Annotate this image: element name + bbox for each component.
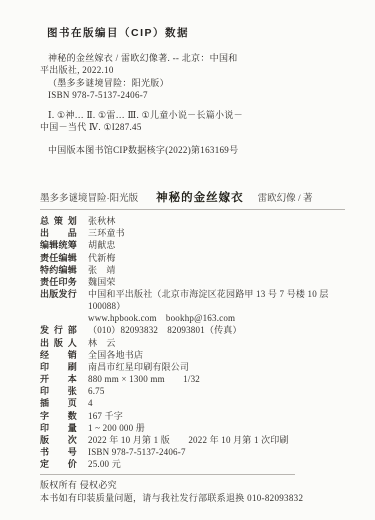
field-value: 张 靖	[88, 264, 355, 276]
colophon-row: 总策划 张秋林	[40, 215, 355, 227]
field-value-text: 880 mm × 1300 mm 1/32	[88, 374, 200, 384]
field-value: ISBN 978-7-5137-2406-7	[88, 446, 355, 458]
book-author: 雷欧幻像 / 著	[258, 190, 313, 204]
field-label: 总策划	[40, 215, 77, 227]
colophon-row: 印刷 南昌市红星印刷有限公司	[40, 361, 355, 373]
header-divider	[40, 209, 345, 210]
field-label: 责任编辑	[40, 252, 77, 264]
field-value: 25.00 元	[88, 458, 355, 470]
colophon-row: 编辑统筹 胡献忠	[40, 239, 355, 251]
field-value: 1 ~ 200 000 册	[88, 422, 355, 434]
field-label: 印刷	[40, 361, 77, 373]
colophon-row: 出版人 林 云	[40, 337, 355, 349]
colophon-row: 定价 25.00 元	[40, 458, 355, 470]
field-label: 书号	[40, 446, 77, 458]
colophon-row: 印量 1 ~ 200 000 册	[40, 422, 355, 434]
colophon-row: 责任印务 魏国荣	[40, 276, 355, 288]
cip-line: 平出版社, 2022.10	[40, 64, 305, 76]
colophon-row: 印张 6.75	[40, 385, 355, 397]
field-label: 插页	[40, 397, 77, 409]
field-value: 中国和平出版社（北京市海淀区花园路甲 13 号 7 号楼 10 层 100088…	[88, 288, 355, 324]
field-value: 全国各地书店	[88, 349, 355, 361]
field-value-line2: www.hpbook.com bookhp@163.com	[88, 312, 355, 324]
copyright-notice: 版权所有 侵权必究	[40, 479, 335, 492]
field-label: 发行部	[40, 324, 77, 336]
field-label: 特约编辑	[40, 264, 77, 276]
field-value-text: 三环童书	[88, 228, 125, 238]
cip-block: 神秘的金丝嫁衣 / 雷欧幻像著. -- 北京：中国和 平出版社, 2022.10…	[40, 52, 305, 156]
colophon-row: 特约编辑 张 靖	[40, 264, 355, 276]
cip-line: （墨多多谜境冒险：阳光版）	[40, 77, 305, 89]
field-value-text: 25.00 元	[88, 459, 121, 469]
colophon-row: 字数 167 千字	[40, 410, 355, 422]
field-value-text: 2022 年 10 月第 1 版 2022 年 10 月第 1 次印刷	[88, 435, 289, 445]
field-value: 代新梅	[88, 252, 355, 264]
cip-line: Ⅰ. ①神… Ⅱ. ①雷… Ⅲ. ①儿童小说－长篇小说－	[40, 109, 305, 121]
field-value-text: 南昌市红星印刷有限公司	[88, 362, 189, 372]
field-value-text: ISBN 978-7-5137-2406-7	[88, 447, 186, 457]
colophon-row: 经销 全国各地书店	[40, 349, 355, 361]
footer-divider	[40, 474, 295, 475]
book-title: 神秘的金丝嫁衣	[156, 189, 244, 205]
field-value: （010）82093832 82093801（传真）	[88, 324, 355, 336]
field-value-text: 全国各地书店	[88, 350, 143, 360]
colophon-row: 责任编辑 代新梅	[40, 252, 355, 264]
field-label: 出版人	[40, 337, 77, 349]
field-value-text: 代新梅	[88, 253, 116, 263]
colophon-row: 开本 880 mm × 1300 mm 1/32	[40, 373, 355, 385]
field-value: 2022 年 10 月第 1 版 2022 年 10 月第 1 次印刷	[88, 434, 355, 446]
field-label: 版次	[40, 434, 77, 446]
field-label: 出品	[40, 227, 77, 239]
field-value: 胡献忠	[88, 239, 355, 251]
field-value: 880 mm × 1300 mm 1/32	[88, 373, 355, 385]
colophon-row: 出版发行 中国和平出版社（北京市海淀区花园路甲 13 号 7 号楼 10 层 1…	[40, 288, 355, 324]
field-value-text: 张秋林	[88, 216, 116, 226]
field-label: 印量	[40, 422, 77, 434]
field-value-text: （010）82093832 82093801（传真）	[88, 325, 242, 335]
cip-line: ISBN 978-7-5137-2406-7	[40, 89, 305, 101]
field-value: 6.75	[88, 385, 355, 397]
field-value-text: 4	[88, 398, 93, 408]
cip-line: 中国－当代 Ⅳ. ①I287.45	[40, 121, 305, 133]
field-value: 167 千字	[88, 410, 355, 422]
colophon-row: 插页 4	[40, 397, 355, 409]
colophon-table: 总策划 张秋林 出品 三环童书 编辑统筹 胡献忠 责任编辑 代新梅 特约编辑 张…	[40, 215, 355, 470]
field-value-text: 中国和平出版社（北京市海淀区花园路甲 13 号 7 号楼 10 层 100088…	[88, 289, 329, 311]
field-label: 经销	[40, 349, 77, 361]
cip-heading: 图书在版编目（CIP）数据	[47, 25, 335, 40]
field-label: 印张	[40, 385, 77, 397]
colophon-row: 版次 2022 年 10 月第 1 版 2022 年 10 月第 1 次印刷	[40, 434, 355, 446]
field-value: 南昌市红星印刷有限公司	[88, 361, 355, 373]
copyright-page: 图书在版编目（CIP）数据 神秘的金丝嫁衣 / 雷欧幻像著. -- 北京：中国和…	[0, 0, 375, 520]
cip-line: 神秘的金丝嫁衣 / 雷欧幻像著. -- 北京：中国和	[40, 52, 305, 64]
quality-notice: 本书如有印装质量问题，请与我社发行部联系退换 010-82093832	[40, 492, 335, 505]
series-name: 墨多多谜境冒险·阳光版	[40, 190, 138, 204]
field-label: 字数	[40, 410, 77, 422]
colophon-row: 发行部 （010）82093832 82093801（传真）	[40, 324, 355, 336]
field-value: 三环童书	[88, 227, 355, 239]
field-value-text: 张 靖	[88, 265, 116, 275]
colophon-row: 出品 三环童书	[40, 227, 355, 239]
field-value-text: 魏国荣	[88, 277, 116, 287]
field-value-text: 林 云	[88, 338, 116, 348]
field-value: 张秋林	[88, 215, 355, 227]
colophon-row: 书号 ISBN 978-7-5137-2406-7	[40, 446, 355, 458]
field-label: 责任印务	[40, 276, 77, 288]
field-value: 魏国荣	[88, 276, 355, 288]
footer: 版权所有 侵权必究 本书如有印装质量问题，请与我社发行部联系退换 010-820…	[40, 479, 335, 505]
field-value-text: 胡献忠	[88, 240, 116, 250]
field-value-text: 167 千字	[88, 411, 123, 421]
field-value: 4	[88, 397, 355, 409]
field-value-text: 1 ~ 200 000 册	[88, 423, 145, 433]
cip-line: 中国版本图书馆CIP数据核字(2022)第163169号	[40, 144, 305, 156]
field-value: 林 云	[88, 337, 355, 349]
field-label: 开本	[40, 373, 77, 385]
field-label: 出版发行	[40, 288, 77, 300]
colophon-header: 墨多多谜境冒险·阳光版 神秘的金丝嫁衣 雷欧幻像 / 著	[40, 189, 345, 205]
field-value-text: 6.75	[88, 386, 105, 396]
field-label: 定价	[40, 458, 77, 470]
field-label: 编辑统筹	[40, 239, 77, 251]
